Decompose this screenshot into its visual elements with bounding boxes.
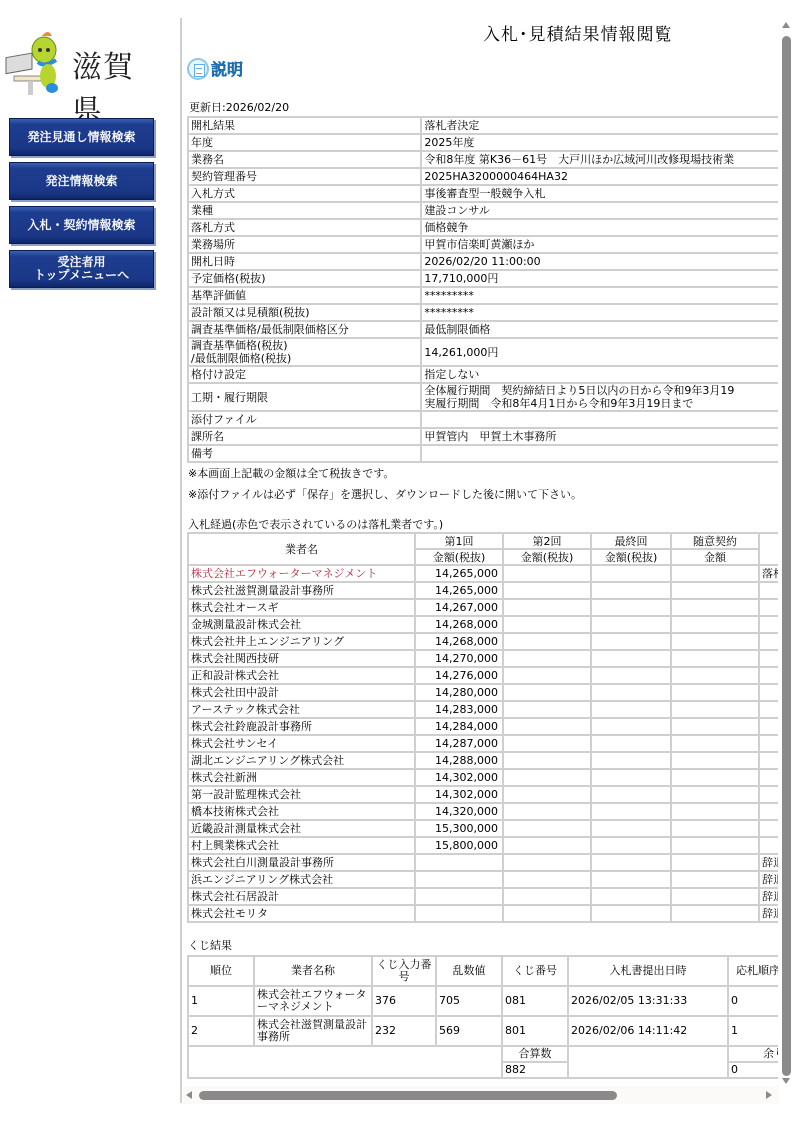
horizontal-scrollbar[interactable] (183, 1086, 779, 1104)
bid-remark (759, 769, 778, 786)
info-row: 調査基準価格/最低制限価格区分最低制限価格 (188, 321, 778, 338)
bid-round1-amount: 14,284,000 (415, 718, 503, 735)
info-value: 建設コンサル (421, 202, 778, 219)
bid-final-amount (591, 803, 671, 820)
bid-negotiated-amount (671, 735, 759, 752)
bid-negotiated-amount (671, 650, 759, 667)
bid-remark (759, 837, 778, 854)
bid-row: 株式会社白川測量設計事務所辞退 (188, 854, 778, 871)
bid-round1-amount: 14,265,000 (415, 582, 503, 599)
bid-remark (759, 820, 778, 837)
bid-round2-amount (503, 888, 591, 905)
info-row: 添付ファイル (188, 411, 778, 428)
info-row: 調査基準価格(税抜) /最低制限価格(税抜)14,261,000円 (188, 338, 778, 366)
bid-negotiated-amount (671, 905, 759, 922)
bid-company: 株式会社白川測量設計事務所 (188, 854, 415, 871)
bid-round2-amount (503, 650, 591, 667)
info-row: 工期・履行期限全体履行期間 契約締結日より5日以内の日から令和9年3月19 実履… (188, 383, 778, 411)
info-value: ********* (421, 304, 778, 321)
info-key: 工期・履行期限 (188, 383, 421, 411)
info-row: 落札方式価格競争 (188, 219, 778, 236)
bid-negotiated-amount (671, 803, 759, 820)
bid-row: 株式会社モリタ辞退 (188, 905, 778, 922)
lottery-order: 0 (728, 986, 778, 1016)
bid-final-amount (591, 650, 671, 667)
lottery-random: 705 (436, 986, 502, 1016)
bid-company: 浜エンジニアリング株式会社 (188, 871, 415, 888)
file-note: ※添付ファイルは必ず「保存」を選択し、ダウンロードした後に開いて下さい。 (188, 486, 582, 502)
bid-round2-amount (503, 854, 591, 871)
info-value: 最低制限価格 (421, 321, 778, 338)
lottery-remainder-label: 余り (728, 1046, 778, 1062)
bid-remark: 辞退 (759, 854, 778, 871)
bid-round2-amount (503, 786, 591, 803)
bid-row: 近畿設計測量株式会社15,300,000 (188, 820, 778, 837)
main-content: 入札･見積結果情報閲覧 説明 更新日:2026/02/20 開札結果落札者決定年… (183, 0, 778, 1085)
bid-round2-amount (503, 633, 591, 650)
bid-company: アーステック株式会社 (188, 701, 415, 718)
lottery-sum-gap (568, 1046, 728, 1078)
header-round1: 第1回 (415, 533, 503, 549)
bid-round1-amount: 14,268,000 (415, 616, 503, 633)
info-row: 年度2025年度 (188, 134, 778, 151)
vertical-scroll-thumb[interactable] (782, 36, 791, 1076)
info-row: 格付け設定指定しない (188, 366, 778, 383)
bid-final-amount (591, 701, 671, 718)
info-key: 業務場所 (188, 236, 421, 253)
info-key: 開札日時 (188, 253, 421, 270)
bid-row: 第一設計監理株式会社14,302,000 (188, 786, 778, 803)
info-row: 開札結果落札者決定 (188, 117, 778, 134)
lottery-sum-spacer (188, 1046, 502, 1078)
bid-row: 株式会社サンセイ14,287,000 (188, 735, 778, 752)
info-key: 調査基準価格(税抜) /最低制限価格(税抜) (188, 338, 421, 366)
bid-negotiated-amount (671, 871, 759, 888)
bid-negotiated-amount (671, 820, 759, 837)
bid-negotiated-amount (671, 667, 759, 684)
bid-row: 金城測量設計株式会社14,268,000 (188, 616, 778, 633)
info-row: 契約管理番号2025HA3200000464HA32 (188, 168, 778, 185)
bid-round1-amount: 14,302,000 (415, 769, 503, 786)
mascot-icon (4, 28, 70, 98)
bid-round2-amount (503, 701, 591, 718)
bid-final-amount (591, 769, 671, 786)
bid-company: 株式会社井上エンジニアリング (188, 633, 415, 650)
info-row: 備考 (188, 445, 778, 462)
bid-round2-amount (503, 905, 591, 922)
bid-company: 株式会社滋賀測量設計事務所 (188, 582, 415, 599)
bid-row: 株式会社鈴鹿設計事務所14,284,000 (188, 718, 778, 735)
bid-company: 正和設計株式会社 (188, 667, 415, 684)
lottery-header: 業者名称 (254, 956, 372, 986)
bid-final-amount (591, 786, 671, 803)
bid-round1-amount: 14,267,000 (415, 599, 503, 616)
bid-negotiated-amount (671, 854, 759, 871)
bid-row: 橋本技術株式会社14,320,000 (188, 803, 778, 820)
bid-round1-amount: 15,300,000 (415, 820, 503, 837)
lottery-input-no: 376 (372, 986, 436, 1016)
bid-row: 株式会社井上エンジニアリング14,268,000 (188, 633, 778, 650)
frame-divider[interactable] (180, 18, 182, 1103)
info-key: 予定価格(税抜) (188, 270, 421, 287)
bid-row: 株式会社石居設計辞退 (188, 888, 778, 905)
lottery-caption: くじ結果 (188, 937, 232, 953)
bid-history-caption: 入札経過(赤色で表示されているのは落札業者です。) (188, 516, 443, 532)
scroll-left-icon[interactable] (186, 1091, 192, 1099)
lottery-input-no: 232 (372, 1016, 436, 1046)
bid-round1-amount: 14,320,000 (415, 803, 503, 820)
lottery-rank: 2 (188, 1016, 254, 1046)
bid-round1-amount: 14,268,000 (415, 633, 503, 650)
bid-company: 金城測量設計株式会社 (188, 616, 415, 633)
lottery-remainder-value: 0 (728, 1062, 778, 1078)
horizontal-scroll-thumb[interactable] (199, 1091, 617, 1100)
info-key: 開札結果 (188, 117, 421, 134)
lottery-sum-label: 合算数 (502, 1046, 568, 1062)
lottery-header: 応札順序 (728, 956, 778, 986)
lottery-header: 順位 (188, 956, 254, 986)
bid-round1-amount (415, 854, 503, 871)
info-key: 添付ファイル (188, 411, 421, 428)
info-row: 業種建設コンサル (188, 202, 778, 219)
bid-final-amount (591, 667, 671, 684)
bid-company: 村上興業株式会社 (188, 837, 415, 854)
tax-note: ※本画面上記載の金額は全て税抜きです。 (188, 465, 394, 481)
bid-final-amount (591, 837, 671, 854)
bid-company: 株式会社オースギ (188, 599, 415, 616)
bid-round2-amount (503, 565, 591, 582)
bid-round2-amount (503, 616, 591, 633)
bid-final-amount (591, 684, 671, 701)
lottery-header: 乱数値 (436, 956, 502, 986)
bid-remark (759, 616, 778, 633)
bid-round2-amount (503, 599, 591, 616)
bid-negotiated-amount (671, 616, 759, 633)
bid-negotiated-amount (671, 701, 759, 718)
info-value: 落札者決定 (421, 117, 778, 134)
header-amount-final: 金額(税抜) (591, 549, 671, 565)
bid-round2-amount (503, 820, 591, 837)
lottery-rank: 1 (188, 986, 254, 1016)
bid-round2-amount (503, 667, 591, 684)
bid-info-table: 開札結果落札者決定年度2025年度業務名令和8年度 第K36－61号 大戸川ほか… (187, 116, 778, 463)
info-value: ********* (421, 287, 778, 304)
help-label: 説明 (211, 57, 243, 80)
scroll-up-icon[interactable] (782, 22, 790, 28)
bid-remark: 辞退 (759, 905, 778, 922)
updated-date: 更新日:2026/02/20 (189, 99, 289, 115)
info-value: 令和8年度 第K36－61号 大戸川ほか広域河川改修現場技術業 (421, 151, 778, 168)
bid-round2-amount (503, 684, 591, 701)
bid-round1-amount: 14,265,000 (415, 565, 503, 582)
bid-round1-amount: 14,287,000 (415, 735, 503, 752)
help-link[interactable]: 説明 (187, 57, 243, 80)
info-row: 業務名令和8年度 第K36－61号 大戸川ほか広域河川改修現場技術業 (188, 151, 778, 168)
info-key: 設計額又は見積額(税抜) (188, 304, 421, 321)
bid-final-amount (591, 820, 671, 837)
bid-company: 株式会社関西技研 (188, 650, 415, 667)
bid-final-amount (591, 871, 671, 888)
scroll-down-icon[interactable] (782, 1078, 790, 1084)
bid-company: 第一設計監理株式会社 (188, 786, 415, 803)
bid-company: 橋本技術株式会社 (188, 803, 415, 820)
bid-remark: 辞退 (759, 888, 778, 905)
info-value (421, 411, 778, 428)
bid-negotiated-amount (671, 565, 759, 582)
info-value (421, 445, 778, 462)
bid-company: 株式会社田中設計 (188, 684, 415, 701)
info-value: 14,261,000円 (421, 338, 778, 366)
bid-final-amount (591, 718, 671, 735)
bid-remark (759, 599, 778, 616)
info-key: 備考 (188, 445, 421, 462)
lottery-row: 2株式会社滋賀測量設計事務所2325698012026/02/06 14:11:… (188, 1016, 778, 1046)
lottery-company: 株式会社滋賀測量設計事務所 (254, 1016, 372, 1046)
lottery-sum-value: 882 (502, 1062, 568, 1078)
bid-round2-amount (503, 803, 591, 820)
info-value: 2026/02/20 11:00:00 (421, 253, 778, 270)
lottery-lot-no: 081 (502, 986, 568, 1016)
info-value: 指定しない (421, 366, 778, 383)
bid-negotiated-amount (671, 684, 759, 701)
bid-round1-amount (415, 888, 503, 905)
bid-history-table: 業者名 第1回 第2回 最終回 随意契約 金額(税抜) 金額(税抜) 金額(税抜… (187, 532, 778, 923)
info-value: 甲賀市信楽町黄瀬ほか (421, 236, 778, 253)
info-row: 入札方式事後審査型一般競争入札 (188, 185, 778, 202)
bid-negotiated-amount (671, 888, 759, 905)
header-amount-negotiated: 金額 (671, 549, 759, 565)
bid-remark (759, 582, 778, 599)
info-key: 契約管理番号 (188, 168, 421, 185)
bid-final-amount (591, 616, 671, 633)
bid-negotiated-amount (671, 786, 759, 803)
bid-row: 株式会社エフウォーターマネジメント14,265,000落札 (188, 565, 778, 582)
lottery-header: 入札書提出日時 (568, 956, 728, 986)
info-key: 基準評価値 (188, 287, 421, 304)
bid-company: 株式会社鈴鹿設計事務所 (188, 718, 415, 735)
bid-round2-amount (503, 871, 591, 888)
bid-remark (759, 803, 778, 820)
bid-round1-amount: 14,270,000 (415, 650, 503, 667)
info-value: 価格競争 (421, 219, 778, 236)
bid-final-amount (591, 599, 671, 616)
bid-row: 正和設計株式会社14,276,000 (188, 667, 778, 684)
bid-negotiated-amount (671, 718, 759, 735)
info-key: 調査基準価格/最低制限価格区分 (188, 321, 421, 338)
nav-bid-contract-search[interactable]: 入札・契約情報検索 (9, 206, 154, 244)
bid-final-amount (591, 582, 671, 599)
bid-remark: 辞退 (759, 871, 778, 888)
bid-final-amount (591, 854, 671, 871)
info-key: 年度 (188, 134, 421, 151)
header-amount-round1: 金額(税抜) (415, 549, 503, 565)
bid-remark: 落札 (759, 565, 778, 582)
bid-row: 浜エンジニアリング株式会社辞退 (188, 871, 778, 888)
bid-round1-amount: 14,288,000 (415, 752, 503, 769)
bid-remark (759, 667, 778, 684)
lottery-submitted: 2026/02/05 13:31:33 (568, 986, 728, 1016)
bid-negotiated-amount (671, 582, 759, 599)
bid-final-amount (591, 565, 671, 582)
info-row: 予定価格(税抜)17,710,000円 (188, 270, 778, 287)
bid-company: 株式会社新洲 (188, 769, 415, 786)
bid-final-amount (591, 735, 671, 752)
bid-final-amount (591, 633, 671, 650)
info-value: 17,710,000円 (421, 270, 778, 287)
bid-remark (759, 752, 778, 769)
bid-remark (759, 718, 778, 735)
bid-company: 株式会社モリタ (188, 905, 415, 922)
info-value: 2025HA3200000464HA32 (421, 168, 778, 185)
bid-remark (759, 701, 778, 718)
info-row: 基準評価値********* (188, 287, 778, 304)
bid-round2-amount (503, 837, 591, 854)
bid-company: 株式会社石居設計 (188, 888, 415, 905)
shiga-logo[interactable]: 滋賀県 (4, 28, 164, 100)
header-amount-round2: 金額(税抜) (503, 549, 591, 565)
bid-round2-amount (503, 752, 591, 769)
bid-row: 村上興業株式会社15,800,000 (188, 837, 778, 854)
bid-company: 株式会社エフウォーターマネジメント (188, 565, 415, 582)
bid-round2-amount (503, 735, 591, 752)
bid-row: 株式会社滋賀測量設計事務所14,265,000 (188, 582, 778, 599)
bid-row: 株式会社オースギ14,267,000 (188, 599, 778, 616)
bid-round1-amount: 14,280,000 (415, 684, 503, 701)
bid-company: 湖北エンジニアリング株式会社 (188, 752, 415, 769)
lottery-table: 順位業者名称くじ入力番号乱数値くじ番号入札書提出日時応札順序 1株式会社エフウォ… (187, 955, 778, 1079)
header-final: 最終回 (591, 533, 671, 549)
bid-round1-amount: 15,800,000 (415, 837, 503, 854)
header-remark (759, 533, 778, 565)
lottery-company: 株式会社エフウォーターマネジメント (254, 986, 372, 1016)
bid-remark (759, 633, 778, 650)
lottery-row: 1株式会社エフウォーターマネジメント3767050812026/02/05 13… (188, 986, 778, 1016)
bid-row: アーステック株式会社14,283,000 (188, 701, 778, 718)
nav-contractor-top-menu[interactable]: 受注者用 トップメニューへ (9, 250, 154, 288)
info-key: 入札方式 (188, 185, 421, 202)
page-title: 入札･見積結果情報閲覧 (483, 20, 673, 45)
bid-round1-amount: 14,283,000 (415, 701, 503, 718)
bid-company: 株式会社サンセイ (188, 735, 415, 752)
bid-final-amount (591, 888, 671, 905)
bid-negotiated-amount (671, 752, 759, 769)
info-row: 開札日時2026/02/20 11:00:00 (188, 253, 778, 270)
lottery-header: くじ入力番号 (372, 956, 436, 986)
lottery-order: 1 (728, 1016, 778, 1046)
bid-negotiated-amount (671, 769, 759, 786)
sidebar: 滋賀県 発注見通し情報検索 発注情報検索 入札・契約情報検索 受注者用 トップメ… (0, 0, 175, 1123)
bid-remark (759, 735, 778, 752)
bid-remark (759, 786, 778, 803)
scroll-right-icon[interactable] (766, 1091, 772, 1099)
bid-final-amount (591, 752, 671, 769)
bid-round1-amount (415, 905, 503, 922)
document-icon (187, 58, 209, 80)
info-value: 2025年度 (421, 134, 778, 151)
nav-forecast-search[interactable]: 発注見通し情報検索 (9, 118, 154, 156)
lottery-sum-label-row: 合算数余り (188, 1046, 778, 1062)
bid-final-amount (591, 905, 671, 922)
lottery-header: くじ番号 (502, 956, 568, 986)
info-key: 業務名 (188, 151, 421, 168)
bid-round1-amount: 14,276,000 (415, 667, 503, 684)
bid-row: 湖北エンジニアリング株式会社14,288,000 (188, 752, 778, 769)
lottery-submitted: 2026/02/06 14:11:42 (568, 1016, 728, 1046)
header-round2: 第2回 (503, 533, 591, 549)
lottery-lot-no: 801 (502, 1016, 568, 1046)
bid-row: 株式会社田中設計14,280,000 (188, 684, 778, 701)
vertical-scrollbar[interactable] (779, 18, 794, 1086)
bid-remark (759, 650, 778, 667)
header-negotiated: 随意契約 (671, 533, 759, 549)
bid-row: 株式会社新洲14,302,000 (188, 769, 778, 786)
info-value: 全体履行期間 契約締結日より5日以内の日から令和9年3月19 実履行期間 令和8… (421, 383, 778, 411)
nav-order-search[interactable]: 発注情報検索 (9, 162, 154, 200)
bid-round1-amount (415, 871, 503, 888)
bid-remark (759, 684, 778, 701)
bid-round2-amount (503, 582, 591, 599)
bid-round1-amount: 14,302,000 (415, 786, 503, 803)
bid-round2-amount (503, 718, 591, 735)
info-value: 甲賀管内 甲賀土木事務所 (421, 428, 778, 445)
info-value: 事後審査型一般競争入札 (421, 185, 778, 202)
info-row: 業務場所甲賀市信楽町黄瀬ほか (188, 236, 778, 253)
info-key: 格付け設定 (188, 366, 421, 383)
info-key: 落札方式 (188, 219, 421, 236)
bid-negotiated-amount (671, 599, 759, 616)
logo-text: 滋賀県 (72, 42, 164, 130)
bid-company: 近畿設計測量株式会社 (188, 820, 415, 837)
header-company: 業者名 (188, 533, 415, 565)
info-key: 課所名 (188, 428, 421, 445)
bid-row: 株式会社関西技研14,270,000 (188, 650, 778, 667)
bid-negotiated-amount (671, 633, 759, 650)
bid-negotiated-amount (671, 837, 759, 854)
info-row: 課所名甲賀管内 甲賀土木事務所 (188, 428, 778, 445)
lottery-random: 569 (436, 1016, 502, 1046)
info-row: 設計額又は見積額(税抜)********* (188, 304, 778, 321)
info-key: 業種 (188, 202, 421, 219)
bid-round2-amount (503, 769, 591, 786)
